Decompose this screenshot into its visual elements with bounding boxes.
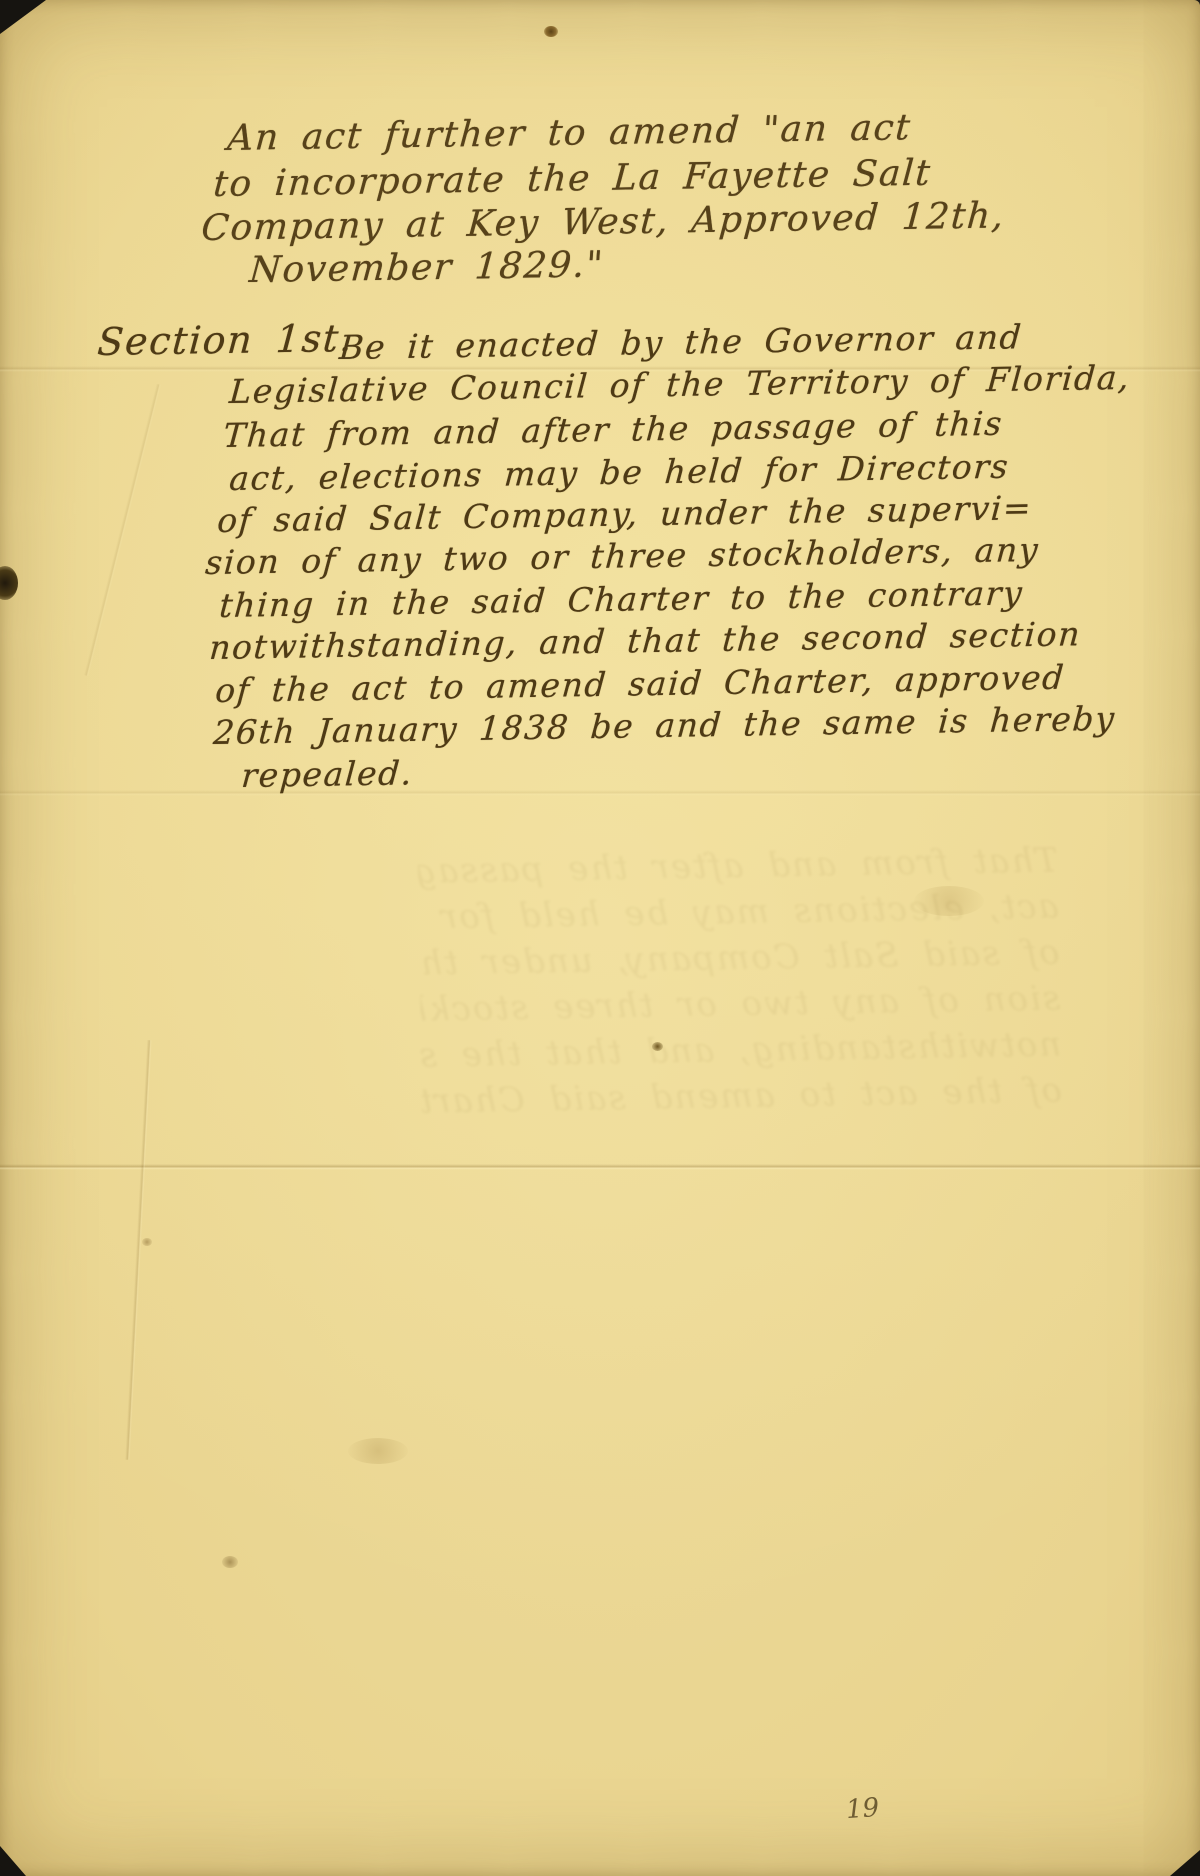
stain [142, 1238, 152, 1246]
ink-stain [652, 1042, 663, 1051]
stain [348, 1438, 408, 1464]
section-heading: Section 1st. [96, 316, 355, 364]
stain [914, 886, 984, 916]
ink-stain [544, 26, 558, 37]
document-scan: That from and after the passage of this … [0, 0, 1200, 1876]
body-line: repealed. [240, 753, 415, 795]
fold-crease [0, 1164, 1200, 1170]
stain [222, 1556, 238, 1568]
page-number: 19 [845, 1793, 880, 1825]
fold-crease [0, 790, 1200, 796]
title-line: November 1829." [248, 244, 605, 291]
